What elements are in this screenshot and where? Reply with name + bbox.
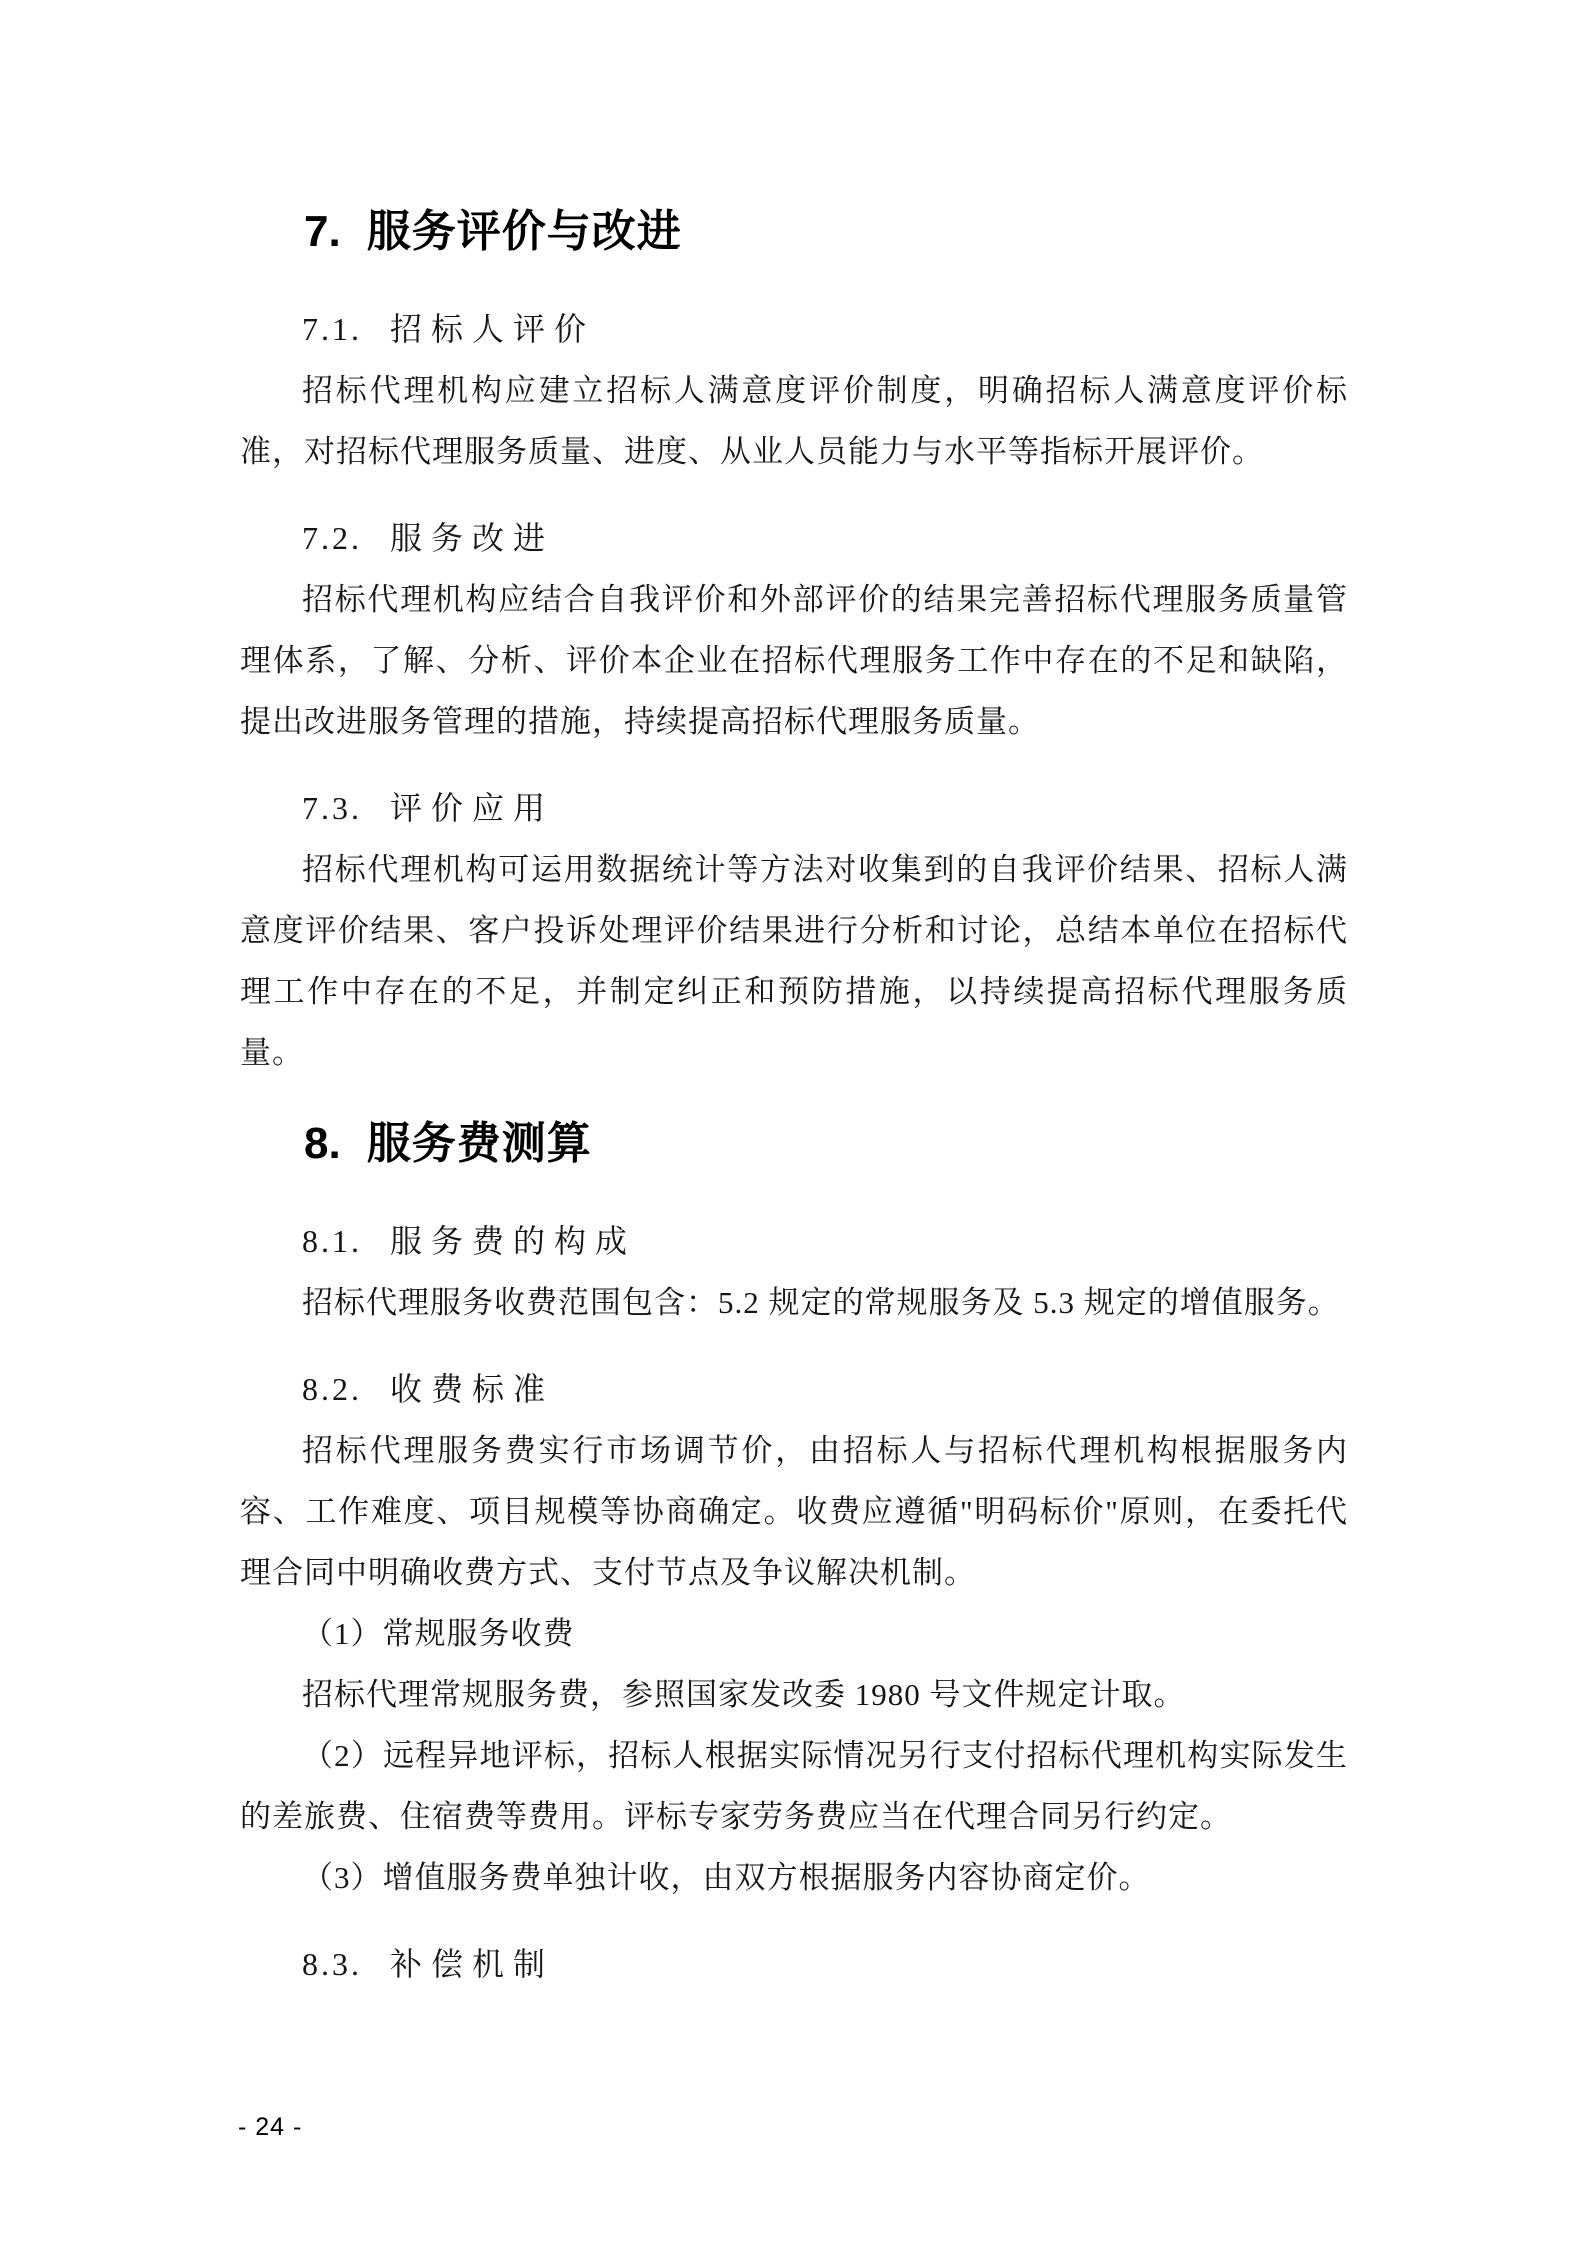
heading-text: 服务评价与改进 xyxy=(367,207,682,256)
chapter-heading: 7.服务评价与改进 xyxy=(240,199,1348,265)
heading-number: 8.3. xyxy=(302,1946,362,1982)
paragraph: （1）常规服务收费 xyxy=(240,1603,1348,1664)
paragraph: （2）远程异地评标，招标人根据实际情况另行支付招标代理机构实际发生的差旅费、住宿… xyxy=(240,1725,1348,1847)
paragraph: 招标代理服务收费范围包含：5.2 规定的常规服务及 5.3 规定的增值服务。 xyxy=(240,1272,1348,1333)
heading-text: 补偿机制 xyxy=(390,1946,554,1982)
section-heading: 8.2.收费标准 xyxy=(240,1359,1348,1420)
paragraph: 招标代理常规服务费，参照国家发改委 1980 号文件规定计取。 xyxy=(240,1664,1348,1725)
heading-text: 评价应用 xyxy=(390,790,554,826)
paragraph: 招标代理机构应结合自我评价和外部评价的结果完善招标代理服务质量管理体系，了解、分… xyxy=(240,569,1348,752)
heading-text: 招标人评价 xyxy=(390,311,595,347)
document-body: 7.服务评价与改进7.1.招标人评价招标代理机构应建立招标人满意度评价制度，明确… xyxy=(240,199,1348,1995)
heading-number: 8.2. xyxy=(302,1371,362,1407)
heading-text: 收费标准 xyxy=(390,1371,554,1407)
heading-text: 服务改进 xyxy=(390,520,554,556)
paragraph: 招标代理机构可运用数据统计等方法对收集到的自我评价结果、招标人满意度评价结果、客… xyxy=(240,839,1348,1083)
heading-number: 7.1. xyxy=(302,311,362,347)
section-heading: 8.1.服务费的构成 xyxy=(240,1211,1348,1272)
section-heading: 8.3.补偿机制 xyxy=(240,1934,1348,1995)
heading-number: 7.3. xyxy=(302,790,362,826)
paragraph: 招标代理机构应建立招标人满意度评价制度，明确招标人满意度评价标准，对招标代理服务… xyxy=(240,360,1348,482)
section-heading: 7.1.招标人评价 xyxy=(240,299,1348,360)
heading-text: 服务费的构成 xyxy=(390,1223,636,1259)
heading-number: 7.2. xyxy=(302,520,362,556)
heading-number: 8. xyxy=(304,1119,341,1168)
chapter-heading: 8.服务费测算 xyxy=(240,1111,1348,1177)
section-heading: 7.3.评价应用 xyxy=(240,778,1348,839)
document-page: 7.服务评价与改进7.1.招标人评价招标代理机构应建立招标人满意度评价制度，明确… xyxy=(0,0,1587,2245)
heading-number: 7. xyxy=(304,207,341,256)
page-number: - 24 - xyxy=(238,2112,302,2142)
paragraph: 招标代理服务费实行市场调节价，由招标人与招标代理机构根据服务内容、工作难度、项目… xyxy=(240,1420,1348,1603)
heading-text: 服务费测算 xyxy=(367,1119,592,1168)
heading-number: 8.1. xyxy=(302,1223,362,1259)
section-heading: 7.2.服务改进 xyxy=(240,508,1348,569)
paragraph: （3）增值服务费单独计收，由双方根据服务内容协商定价。 xyxy=(240,1847,1348,1908)
